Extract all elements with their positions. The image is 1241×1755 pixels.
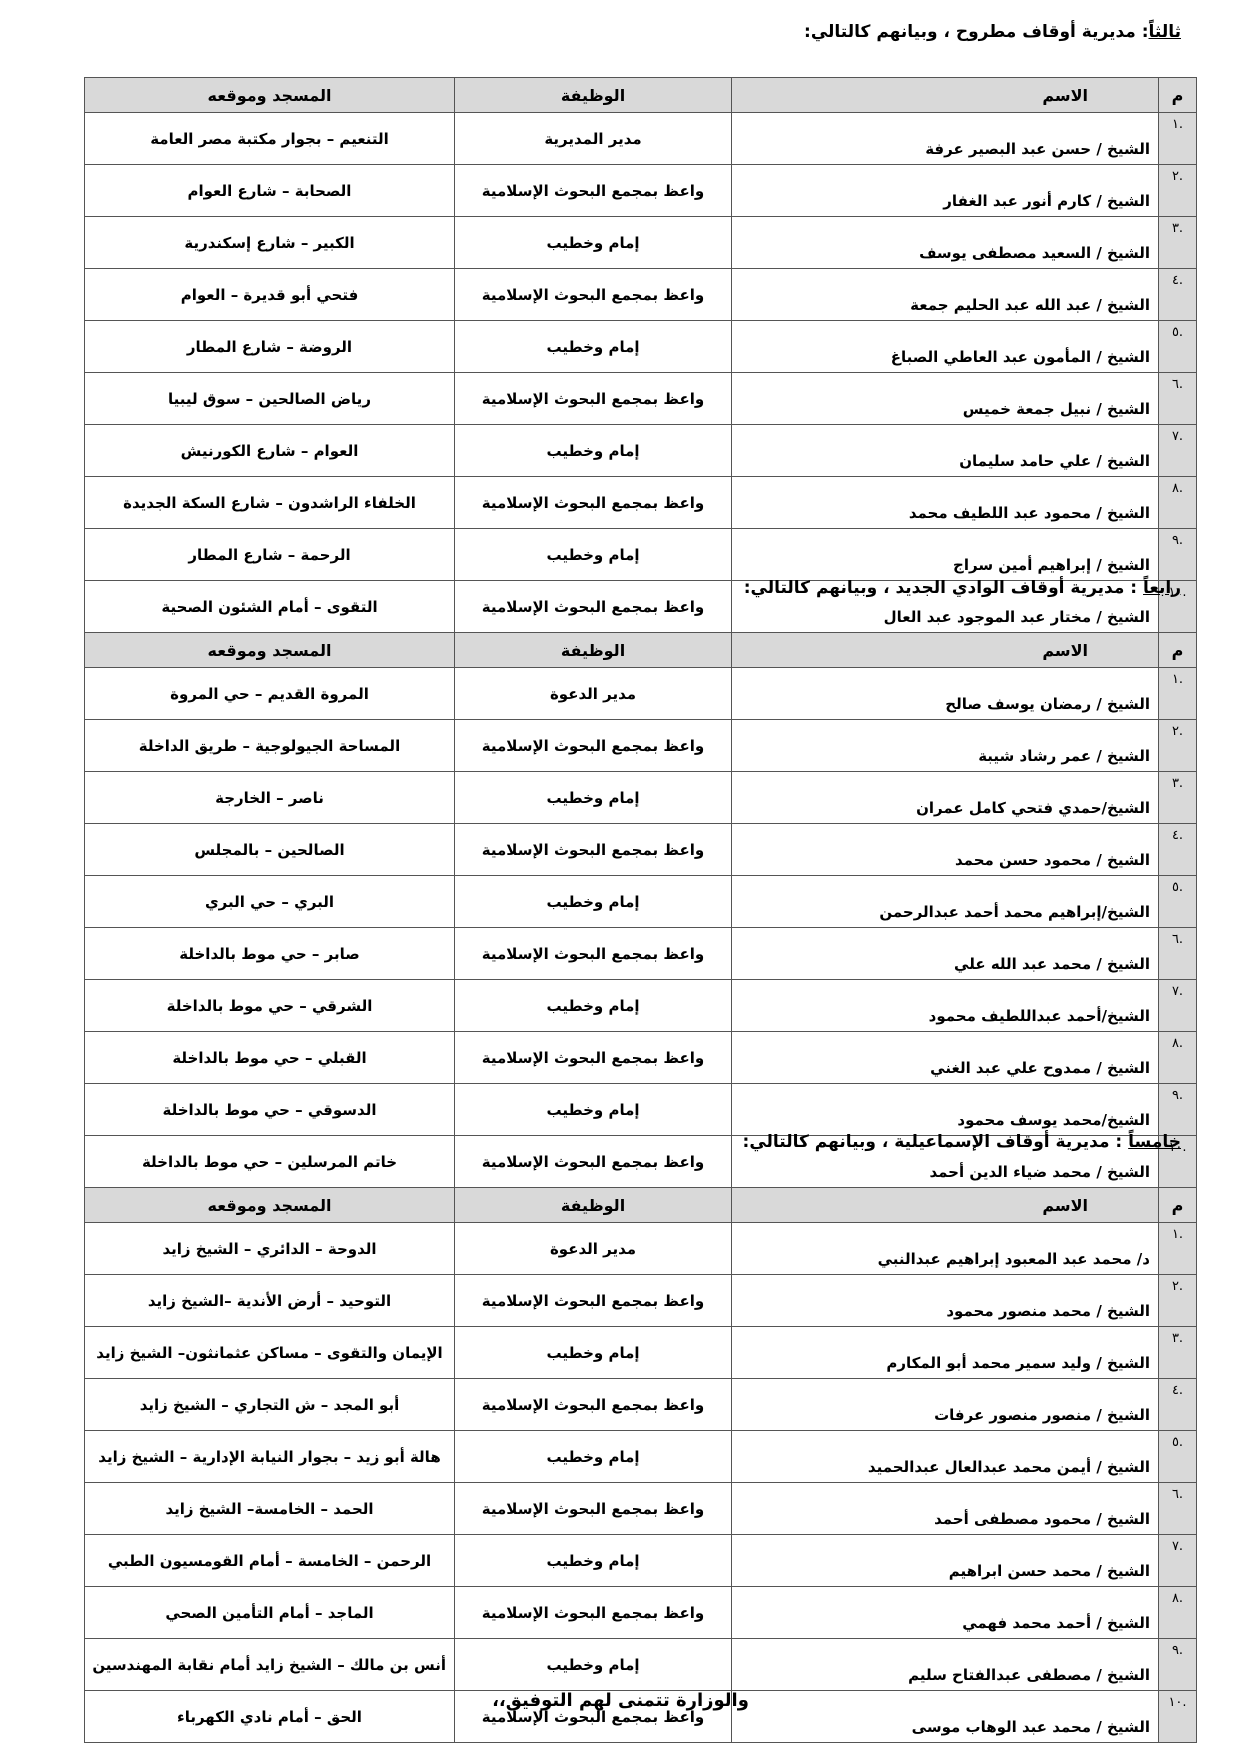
row-mosque: الروضة – شارع المطار bbox=[85, 321, 455, 373]
table-row: .٨الشيخ / محمود عبد اللطيف محمدواعظ بمجم… bbox=[85, 477, 1197, 529]
section-heading-matrouh: ثالثاً: مديرية أوقاف مطروح ، وبيانهم كال… bbox=[804, 22, 1181, 42]
row-index: .٤ bbox=[1159, 269, 1197, 321]
row-job: واعظ بمجمع البحوث الإسلامية bbox=[455, 1379, 732, 1431]
row-index: .٦ bbox=[1159, 1483, 1197, 1535]
row-job: واعظ بمجمع البحوث الإسلامية bbox=[455, 928, 732, 980]
row-index: .٨ bbox=[1159, 477, 1197, 529]
row-name: الشيخ / كارم أنور عبد الغفار bbox=[732, 165, 1159, 217]
row-job: واعظ بمجمع البحوث الإسلامية bbox=[455, 165, 732, 217]
row-job: إمام وخطيب bbox=[455, 1327, 732, 1379]
row-name: الشيخ / عمر رشاد شيبة bbox=[732, 720, 1159, 772]
section-title: : مديرية أوقاف الإسماعيلية ، وبيانهم كال… bbox=[743, 1132, 1129, 1152]
column-header-name: الاسم bbox=[732, 78, 1159, 113]
row-name: الشيخ / وليد سمير محمد أبو المكارم bbox=[732, 1327, 1159, 1379]
column-header-name: الاسم bbox=[732, 1188, 1159, 1223]
row-mosque: الدسوقي – حي موط بالداخلة bbox=[85, 1084, 455, 1136]
table-row: .٨الشيخ / أحمد محمد فهميواعظ بمجمع البحو… bbox=[85, 1587, 1197, 1639]
row-index: .٢ bbox=[1159, 1275, 1197, 1327]
row-name: الشيخ/حمدي فتحي كامل عمران bbox=[732, 772, 1159, 824]
row-mosque: البري – حي البري bbox=[85, 876, 455, 928]
row-index: .٤ bbox=[1159, 1379, 1197, 1431]
table-row: .٨الشيخ / ممدوح علي عبد الغنيواعظ بمجمع … bbox=[85, 1032, 1197, 1084]
table-row: .٢الشيخ / محمد منصور محمودواعظ بمجمع الب… bbox=[85, 1275, 1197, 1327]
row-name: الشيخ / محمود عبد اللطيف محمد bbox=[732, 477, 1159, 529]
table-row: .٦الشيخ / محمود مصطفى أحمدواعظ بمجمع الب… bbox=[85, 1483, 1197, 1535]
table-row: .٣الشيخ / السعيد مصطفى يوسفإمام وخطيبالك… bbox=[85, 217, 1197, 269]
row-name: الشيخ / المأمون عبد العاطي الصباغ bbox=[732, 321, 1159, 373]
row-name: الشيخ / محمد منصور محمود bbox=[732, 1275, 1159, 1327]
row-mosque: العوام – شارع الكورنيش bbox=[85, 425, 455, 477]
row-job: واعظ بمجمع البحوث الإسلامية bbox=[455, 720, 732, 772]
row-name: الشيخ / إبراهيم أمين سراج bbox=[732, 529, 1159, 581]
row-index: .٩ bbox=[1159, 529, 1197, 581]
table-row: .٥الشيخ / أيمن محمد عبدالعال عبدالحميدإم… bbox=[85, 1431, 1197, 1483]
table-row: .٦الشيخ / نبيل جمعة خميسواعظ بمجمع البحو… bbox=[85, 373, 1197, 425]
row-name: الشيخ / منصور منصور عرفات bbox=[732, 1379, 1159, 1431]
row-mosque: الإيمان والتقوى – مساكن عثمانثون– الشيخ … bbox=[85, 1327, 455, 1379]
column-header-job: الوظيفة bbox=[455, 78, 732, 113]
row-job: إمام وخطيب bbox=[455, 772, 732, 824]
row-mosque: التوحيد – أرض الأندية –الشيخ زايد bbox=[85, 1275, 455, 1327]
row-index: .١ bbox=[1159, 1223, 1197, 1275]
row-index: .٨ bbox=[1159, 1032, 1197, 1084]
row-name: الشيخ / مصطفى عبدالفتاح سليم bbox=[732, 1639, 1159, 1691]
row-name: الشيخ / محمود حسن محمد bbox=[732, 824, 1159, 876]
row-name: الشيخ/محمد يوسف محمود bbox=[732, 1084, 1159, 1136]
table-row: .١الشيخ / رمضان يوسف صالحمدير الدعوةالمر… bbox=[85, 668, 1197, 720]
row-mosque: التنعيم – بجوار مكتبة مصر العامة bbox=[85, 113, 455, 165]
table-ismailia: م الاسم الوظيفة المسجد وموقعه .١د/ محمد … bbox=[84, 1187, 1197, 1743]
row-job: واعظ بمجمع البحوث الإسلامية bbox=[455, 1032, 732, 1084]
row-mosque: هالة أبو زيد – بجوار النيابة الإدارية – … bbox=[85, 1431, 455, 1483]
table-header-row: م الاسم الوظيفة المسجد وموقعه bbox=[85, 1188, 1197, 1223]
table-row: .٢الشيخ / كارم أنور عبد الغفارواعظ بمجمع… bbox=[85, 165, 1197, 217]
row-job: إمام وخطيب bbox=[455, 1535, 732, 1587]
row-mosque: المساحة الجيولوجية – طريق الداخلة bbox=[85, 720, 455, 772]
row-job: واعظ بمجمع البحوث الإسلامية bbox=[455, 581, 732, 633]
row-job: واعظ بمجمع البحوث الإسلامية bbox=[455, 1483, 732, 1535]
table-row: .٧الشيخ / علي حامد سليمانإمام وخطيبالعوا… bbox=[85, 425, 1197, 477]
row-job: واعظ بمجمع البحوث الإسلامية bbox=[455, 269, 732, 321]
row-name: الشيخ / محمود مصطفى أحمد bbox=[732, 1483, 1159, 1535]
row-mosque: أنس بن مالك – الشيخ زايد أمام نقابة المه… bbox=[85, 1639, 455, 1691]
row-index: .٩ bbox=[1159, 1084, 1197, 1136]
row-mosque: صابر – حي موط بالداخلة bbox=[85, 928, 455, 980]
row-job: إمام وخطيب bbox=[455, 425, 732, 477]
row-job: إمام وخطيب bbox=[455, 1431, 732, 1483]
row-index: .٢ bbox=[1159, 165, 1197, 217]
row-job: إمام وخطيب bbox=[455, 1639, 732, 1691]
table-row: .٤الشيخ / محمود حسن محمدواعظ بمجمع البحو… bbox=[85, 824, 1197, 876]
row-job: إمام وخطيب bbox=[455, 876, 732, 928]
row-job: واعظ بمجمع البحوث الإسلامية bbox=[455, 824, 732, 876]
section-title: : مديرية أوقاف مطروح ، وبيانهم كالتالي: bbox=[804, 22, 1148, 42]
row-index: .٥ bbox=[1159, 321, 1197, 373]
row-name: الشيخ / محمد حسن ابراهيم bbox=[732, 1535, 1159, 1587]
section-ordinal: ثالثاً bbox=[1149, 22, 1181, 42]
row-job: واعظ بمجمع البحوث الإسلامية bbox=[455, 373, 732, 425]
row-name: الشيخ / ممدوح علي عبد الغني bbox=[732, 1032, 1159, 1084]
row-job: إمام وخطيب bbox=[455, 321, 732, 373]
row-name: الشيخ / أيمن محمد عبدالعال عبدالحميد bbox=[732, 1431, 1159, 1483]
row-index: .٣ bbox=[1159, 217, 1197, 269]
row-name: الشيخ / علي حامد سليمان bbox=[732, 425, 1159, 477]
row-job: إمام وخطيب bbox=[455, 529, 732, 581]
row-name: الشيخ / أحمد محمد فهمي bbox=[732, 1587, 1159, 1639]
table-row: .٧الشيخ / محمد حسن ابراهيمإمام وخطيبالرح… bbox=[85, 1535, 1197, 1587]
row-name: الشيخ/أحمد عبداللطيف محمود bbox=[732, 980, 1159, 1032]
closing-remark: والوزارة تتمنى لهم التوفيق،، bbox=[0, 1690, 1241, 1711]
row-index: .١ bbox=[1159, 668, 1197, 720]
row-mosque: أبو المجد – ش التجاري – الشيخ زايد bbox=[85, 1379, 455, 1431]
table-row: .٣الشيخ/حمدي فتحي كامل عمرانإمام وخطيبنا… bbox=[85, 772, 1197, 824]
row-mosque: الماجد – أمام التأمين الصحي bbox=[85, 1587, 455, 1639]
section-heading-ismailia: خامساً : مديرية أوقاف الإسماعيلية ، وبيا… bbox=[743, 1132, 1181, 1152]
section-heading-new-valley: رابعاً : مديرية أوقاف الوادي الجديد ، وب… bbox=[744, 578, 1181, 598]
table-row: .٢الشيخ / عمر رشاد شيبةواعظ بمجمع البحوث… bbox=[85, 720, 1197, 772]
row-job: واعظ بمجمع البحوث الإسلامية bbox=[455, 1275, 732, 1327]
table-row: .٩الشيخ/محمد يوسف محمودإمام وخطيبالدسوقي… bbox=[85, 1084, 1197, 1136]
table-row: .١د/ محمد عبد المعبود إبراهيم عبدالنبيمد… bbox=[85, 1223, 1197, 1275]
row-mosque: فتحي أبو قديرة – العوام bbox=[85, 269, 455, 321]
table-row: .٤الشيخ / منصور منصور عرفاتواعظ بمجمع ال… bbox=[85, 1379, 1197, 1431]
row-index: .٨ bbox=[1159, 1587, 1197, 1639]
column-header-index: م bbox=[1159, 1188, 1197, 1223]
row-job: واعظ بمجمع البحوث الإسلامية bbox=[455, 477, 732, 529]
row-index: .٣ bbox=[1159, 1327, 1197, 1379]
row-mosque: الكبير – شارع إسكندرية bbox=[85, 217, 455, 269]
row-mosque: الدوحة – الدائري – الشيخ زايد bbox=[85, 1223, 455, 1275]
row-job: إمام وخطيب bbox=[455, 980, 732, 1032]
row-index: .٢ bbox=[1159, 720, 1197, 772]
row-name: د/ محمد عبد المعبود إبراهيم عبدالنبي bbox=[732, 1223, 1159, 1275]
column-header-mosque: المسجد وموقعه bbox=[85, 78, 455, 113]
table-row: .٧الشيخ/أحمد عبداللطيف محمودإمام وخطيبال… bbox=[85, 980, 1197, 1032]
row-name: الشيخ / نبيل جمعة خميس bbox=[732, 373, 1159, 425]
column-header-index: م bbox=[1159, 78, 1197, 113]
row-index: .٧ bbox=[1159, 1535, 1197, 1587]
column-header-job: الوظيفة bbox=[455, 633, 732, 668]
row-mosque: الخلفاء الراشدون – شارع السكة الجديدة bbox=[85, 477, 455, 529]
row-mosque: خاتم المرسلين – حي موط بالداخلة bbox=[85, 1136, 455, 1188]
row-index: .٧ bbox=[1159, 980, 1197, 1032]
table-matrouh: م الاسم الوظيفة المسجد وموقعه .١الشيخ / … bbox=[84, 77, 1197, 633]
table-row: .٣الشيخ / وليد سمير محمد أبو المكارمإمام… bbox=[85, 1327, 1197, 1379]
row-index: .٦ bbox=[1159, 373, 1197, 425]
row-mosque: القبلي – حي موط بالداخلة bbox=[85, 1032, 455, 1084]
row-job: إمام وخطيب bbox=[455, 1084, 732, 1136]
table-header-row: م الاسم الوظيفة المسجد وموقعه bbox=[85, 633, 1197, 668]
row-index: .٧ bbox=[1159, 425, 1197, 477]
row-index: .٩ bbox=[1159, 1639, 1197, 1691]
row-index: .٤ bbox=[1159, 824, 1197, 876]
section-ordinal: خامساً bbox=[1128, 1132, 1181, 1152]
row-mosque: الحمد – الخامسة– الشيخ زايد bbox=[85, 1483, 455, 1535]
row-mosque: ناصر – الخارجة bbox=[85, 772, 455, 824]
row-job: إمام وخطيب bbox=[455, 217, 732, 269]
row-name: الشيخ / محمد عبد الله علي bbox=[732, 928, 1159, 980]
column-header-mosque: المسجد وموقعه bbox=[85, 633, 455, 668]
row-job: مدير الدعوة bbox=[455, 1223, 732, 1275]
row-job: واعظ بمجمع البحوث الإسلامية bbox=[455, 1136, 732, 1188]
table-row: .٤الشيخ / عبد الله عبد الحليم جمعةواعظ ب… bbox=[85, 269, 1197, 321]
row-mosque: الرحمن – الخامسة – أمام القومسيون الطبي bbox=[85, 1535, 455, 1587]
table-new-valley: م الاسم الوظيفة المسجد وموقعه .١الشيخ / … bbox=[84, 632, 1197, 1188]
row-name: الشيخ / رمضان يوسف صالح bbox=[732, 668, 1159, 720]
column-header-job: الوظيفة bbox=[455, 1188, 732, 1223]
table-row: .٦الشيخ / محمد عبد الله عليواعظ بمجمع ال… bbox=[85, 928, 1197, 980]
column-header-name: الاسم bbox=[732, 633, 1159, 668]
row-index: .٥ bbox=[1159, 1431, 1197, 1483]
table-header-row: م الاسم الوظيفة المسجد وموقعه bbox=[85, 78, 1197, 113]
table-row: .٥الشيخ/إبراهيم محمد أحمد عبدالرحمنإمام … bbox=[85, 876, 1197, 928]
row-index: .٦ bbox=[1159, 928, 1197, 980]
row-mosque: المروة القديم – حي المروة bbox=[85, 668, 455, 720]
row-mosque: الصحابة – شارع العوام bbox=[85, 165, 455, 217]
column-header-mosque: المسجد وموقعه bbox=[85, 1188, 455, 1223]
row-name: الشيخ / عبد الله عبد الحليم جمعة bbox=[732, 269, 1159, 321]
row-mosque: الرحمة – شارع المطار bbox=[85, 529, 455, 581]
row-mosque: الشرقي – حي موط بالداخلة bbox=[85, 980, 455, 1032]
section-title: : مديرية أوقاف الوادي الجديد ، وبيانهم ك… bbox=[744, 578, 1143, 598]
row-name: الشيخ/إبراهيم محمد أحمد عبدالرحمن bbox=[732, 876, 1159, 928]
column-header-index: م bbox=[1159, 633, 1197, 668]
row-name: الشيخ / السعيد مصطفى يوسف bbox=[732, 217, 1159, 269]
row-job: مدير الدعوة bbox=[455, 668, 732, 720]
row-index: .١ bbox=[1159, 113, 1197, 165]
section-ordinal: رابعاً bbox=[1143, 578, 1181, 598]
row-mosque: رياض الصالحين – سوق ليبيا bbox=[85, 373, 455, 425]
row-job: واعظ بمجمع البحوث الإسلامية bbox=[455, 1587, 732, 1639]
table-row: .١الشيخ / حسن عبد البصير عرفةمدير المدير… bbox=[85, 113, 1197, 165]
row-job: مدير المديرية bbox=[455, 113, 732, 165]
row-index: .٥ bbox=[1159, 876, 1197, 928]
table-row: .٩الشيخ / إبراهيم أمين سراجإمام وخطيبالر… bbox=[85, 529, 1197, 581]
row-mosque: التقوى – أمام الشئون الصحية bbox=[85, 581, 455, 633]
row-name: الشيخ / حسن عبد البصير عرفة bbox=[732, 113, 1159, 165]
table-row: .٥الشيخ / المأمون عبد العاطي الصباغإمام … bbox=[85, 321, 1197, 373]
row-mosque: الصالحين – بالمجلس bbox=[85, 824, 455, 876]
table-row: .٩الشيخ / مصطفى عبدالفتاح سليمإمام وخطيب… bbox=[85, 1639, 1197, 1691]
row-index: .٣ bbox=[1159, 772, 1197, 824]
